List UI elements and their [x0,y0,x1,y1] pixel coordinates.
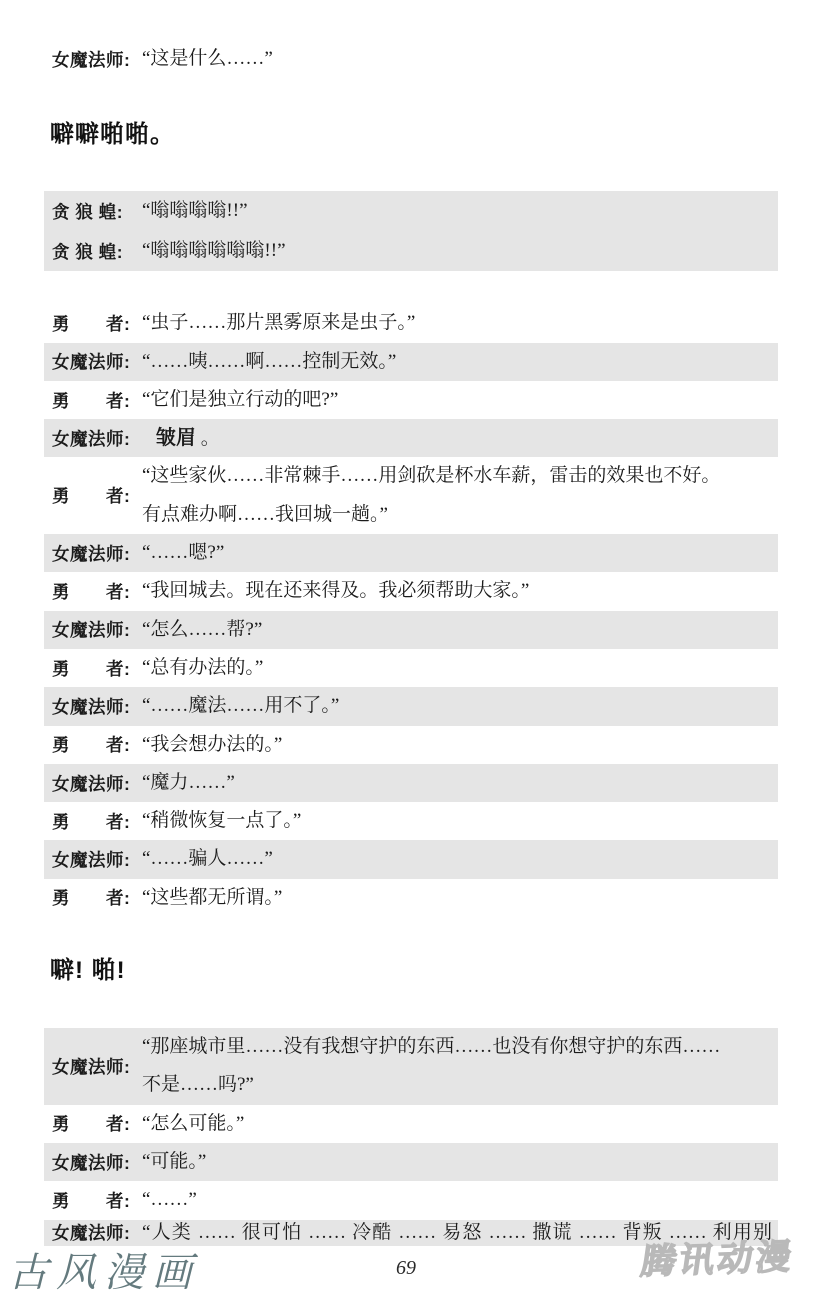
speaker-label: 勇 者: [44,885,142,910]
dialogue-text: “……” [142,1181,778,1219]
dialogue-text: “怎么……帮?” [142,611,778,649]
action-bold: 皱眉 [156,427,196,449]
speaker-label: 女魔法师: [44,1054,142,1079]
dialogue-row: 勇 者: “它们是独立行动的吧?” [44,381,778,419]
dialogue-row: 勇 者: “我回城去。现在还来得及。我必须帮助大家。” [44,572,778,610]
speaker-label: 女魔法师: [44,1150,142,1175]
dialogue-line: “那座城市里……没有我想守护的东西……也没有你想守护的东西…… [142,1028,778,1066]
sfx-line: 噼噼啪啪。 [50,112,820,150]
dialogue-text: “虫子……那片黑雾原来是虫子。” [142,304,778,342]
dialogue-row: 女魔法师: “……嗯?” [44,534,778,572]
spacer [0,271,820,304]
speaker-label: 勇 者: [44,388,142,413]
dialogue-text: “总有办法的。” [142,649,778,687]
dialogue-row: 贪 狼 蝗: “嗡嗡嗡嗡嗡嗡!!” [44,231,778,271]
dialogue-text: “……咦……啊……控制无效。” [142,343,778,381]
platform-watermark: 腾讯动漫 [638,1229,798,1284]
dialogue-row: 勇 者: “这些家伙……非常棘手……用剑砍是杯水车薪，雷击的效果也不好。 有点难… [44,457,778,534]
speaker-label: 女魔法师: [44,694,142,719]
spacer [0,150,820,191]
dialogue-text: “稍微恢复一点了。” [142,802,778,840]
speaker-label: 勇 者: [44,809,142,834]
dialogue-text: “……骗人……” [142,840,778,878]
dialogue-row: 女魔法师: “……咦……啊……控制无效。” [44,343,778,381]
dialogue-row: 女魔法师: “那座城市里……没有我想守护的东西……也没有你想守护的东西…… 不是… [44,1028,778,1105]
dialogue-row: 勇 者: “这些都无所谓。” [44,879,778,917]
dialogue-row: 勇 者: “稍微恢复一点了。” [44,802,778,840]
dialogue-row: 女魔法师: “可能。” [44,1143,778,1181]
dialogue-text: “可能。” [142,1143,778,1181]
locust-block: 贪 狼 蝗: “嗡嗡嗡嗡!!” 贪 狼 蝗: “嗡嗡嗡嗡嗡嗡!!” [0,191,820,271]
speaker-label: 女魔法师: [44,541,142,566]
speaker-label: 贪 狼 蝗: [44,199,142,224]
dialogue-row: 勇 者: “我会想办法的。” [44,726,778,764]
speaker-label: 女魔法师: [44,349,142,374]
dialogue-line: 不是……吗?” [142,1066,778,1104]
dialogue-line: 有点难办啊……我回城一趟。” [142,496,778,534]
speaker-label: 勇 者: [44,483,142,508]
speaker-label: 女魔法师: [44,847,142,872]
dialogue-row: 女魔法师: “……魔法……用不了。” [44,687,778,725]
dialogue-row: 贪 狼 蝗: “嗡嗡嗡嗡!!” [44,191,778,231]
spacer [0,986,820,1028]
speaker-label: 贪 狼 蝗: [44,239,142,264]
speaker-label: 女魔法师: [44,426,142,451]
dialogue-row: 勇 者: “怎么可能。” [44,1105,778,1143]
dialogue-line: “这些家伙……非常棘手……用剑砍是杯水车薪，雷击的效果也不好。 [142,457,778,495]
dialogue-row: 女魔法师: “这是什么……” [44,40,778,78]
dialogue-row: 女魔法师: “……骗人……” [44,840,778,878]
speaker-label: 勇 者: [44,1111,142,1136]
speaker-label: 勇 者: [44,732,142,757]
dialogue-row: 勇 者: “总有办法的。” [44,649,778,687]
dialogue-text: “它们是独立行动的吧?” [142,381,778,419]
speaker-label: 勇 者: [44,579,142,604]
dialogue-text: “这些都无所谓。” [142,879,778,917]
dialogue-row: 勇 者: “虫子……那片黑雾原来是虫子。” [44,304,778,342]
dialogue-text: “那座城市里……没有我想守护的东西……也没有你想守护的东西…… 不是……吗?” [142,1028,778,1105]
dialogue-text: “嗡嗡嗡嗡!!” [142,192,778,230]
dialogue-text: “怎么可能。” [142,1105,778,1143]
speaker-label: 女魔法师: [44,771,142,796]
speaker-label: 女魔法师: [44,47,142,72]
studio-watermark: 古风漫画 [8,1241,200,1291]
dialogue-text: “我会想办法的。” [142,726,778,764]
speaker-label: 勇 者: [44,656,142,681]
spacer [0,78,820,112]
dialogue-text: “这是什么……” [142,40,778,78]
dialogue-text: “我回城去。现在还来得及。我必须帮助大家。” [142,572,778,610]
action-text: 皱眉 。 [142,419,778,458]
dialogue-text: “魔力……” [142,764,778,802]
dialogue-row: 女魔法师: “魔力……” [44,764,778,802]
action-suffix: 。 [196,428,220,449]
dialogue-text: “这些家伙……非常棘手……用剑砍是杯水车薪，雷击的效果也不好。 有点难办啊……我… [142,457,778,534]
sfx-line: 噼! 啪! [50,948,820,986]
script-page: 女魔法师: “这是什么……” 噼噼啪啪。 贪 狼 蝗: “嗡嗡嗡嗡!!” 贪 狼… [0,0,820,1246]
speaker-label: 勇 者: [44,311,142,336]
dialogue-text: “嗡嗡嗡嗡嗡嗡!!” [142,232,778,270]
dialogue-row: 女魔法师: “怎么……帮?” [44,611,778,649]
speaker-label: 女魔法师: [44,617,142,642]
page-number: 69 [396,1257,416,1280]
dialogue-text: “……嗯?” [142,534,778,572]
speaker-label: 勇 者: [44,1188,142,1213]
dialogue-row: 女魔法师: 皱眉 。 [44,419,778,457]
dialogue-text: “……魔法……用不了。” [142,687,778,725]
dialogue-row: 勇 者: “……” [44,1181,778,1219]
spacer [0,917,820,948]
